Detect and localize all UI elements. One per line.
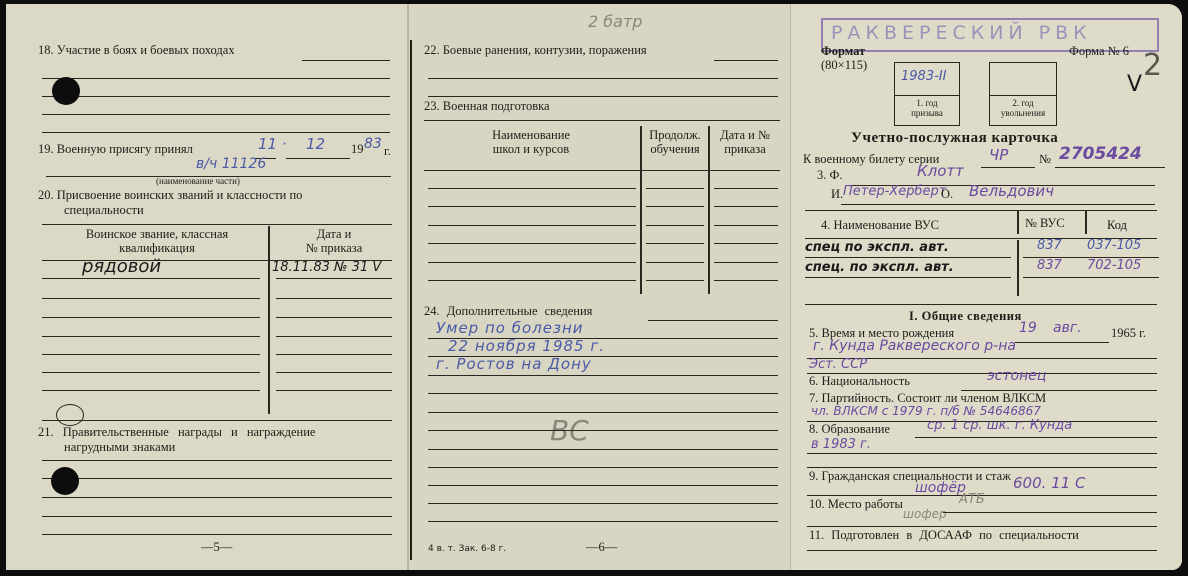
rule	[805, 210, 1157, 211]
vus-number-header: № ВУС	[1025, 216, 1065, 230]
rule	[805, 277, 1011, 278]
rule	[42, 390, 260, 391]
format-size: (80×115)	[821, 58, 867, 72]
rule	[805, 257, 1011, 258]
rule	[428, 96, 778, 97]
rule	[42, 460, 392, 461]
rule	[42, 534, 392, 535]
rule	[714, 60, 778, 61]
rule	[276, 317, 392, 318]
rule	[807, 467, 1157, 468]
oath-year-suffix: 83	[364, 136, 382, 152]
item-20-label-line1: 20. Присвоение воинских званий и классно…	[38, 188, 302, 202]
rule	[714, 188, 778, 189]
birth-day: 19	[1019, 320, 1037, 336]
rule	[714, 262, 778, 263]
rule	[428, 188, 636, 189]
column-divider	[708, 126, 710, 294]
rule	[428, 375, 778, 376]
rule	[646, 206, 704, 207]
rule	[42, 298, 260, 299]
rule	[428, 503, 778, 504]
rule	[807, 526, 1157, 527]
rule	[943, 512, 1157, 513]
item-18-label: 18. Участие в боях и боевых походах	[38, 43, 235, 57]
item-10-label: 10. Место работы	[809, 497, 903, 511]
vus-row-2-number: 837	[1037, 258, 1062, 273]
vus-row-2-name: спец. по экспл. авт.	[805, 260, 954, 275]
section-general-title: I. Общие сведения	[909, 309, 1022, 323]
rule	[981, 167, 1035, 168]
column-divider	[1017, 240, 1019, 296]
vus-code-header: Код	[1107, 218, 1127, 232]
patronymic-label: О.	[941, 187, 953, 201]
discharge-year-box: 2. год увольнения	[989, 62, 1057, 126]
rule	[276, 354, 392, 355]
item-8-label: 8. Образование	[809, 422, 890, 436]
rule	[42, 278, 260, 279]
unit-caption: (наименование части)	[156, 176, 240, 186]
item-21-label-line1: 21. Правительственные награды и награжде…	[38, 425, 315, 439]
rule	[428, 449, 778, 450]
note-line-2: 22 ноября 1985 г.	[448, 337, 605, 355]
vus-row-2-code: 702-105	[1087, 258, 1141, 273]
column-divider	[268, 226, 270, 414]
rule	[428, 412, 778, 413]
komsomol-value: чл. ВЛКСМ с 1979 г. п/б № 54646867	[811, 404, 1041, 418]
rule	[646, 243, 704, 244]
rule	[714, 243, 778, 244]
rule	[286, 158, 350, 159]
rule	[42, 114, 390, 115]
vus-row-1-code: 037-105	[1087, 238, 1141, 253]
rule	[424, 120, 780, 121]
note-line-1: Умер по болезни	[436, 319, 584, 337]
page-5: 18. Участие в боях и боевых походах 19. …	[6, 4, 408, 570]
punch-hole	[52, 77, 80, 105]
pencil-note-battery: 2 батр	[588, 12, 642, 31]
rule	[807, 550, 1157, 551]
vus-name-header: 4. Наименование ВУС	[821, 218, 939, 232]
page-number-5: —5—	[201, 540, 232, 554]
item-20-label-line2: специальности	[64, 203, 144, 217]
civil-experience-value: 600. 11 С	[1013, 474, 1086, 492]
birth-place-line-2: Эст. ССР	[809, 357, 867, 372]
oath-year-unit: г.	[384, 144, 391, 158]
rule	[841, 204, 1155, 205]
format-label: Формат	[821, 44, 865, 58]
rule	[42, 224, 392, 225]
rule	[428, 225, 636, 226]
check-mark-v: V	[1127, 72, 1142, 97]
rank-header: Воинское звание, классная квалификация	[42, 227, 272, 256]
rule	[42, 317, 260, 318]
rule	[428, 467, 778, 468]
rule	[42, 516, 392, 517]
order-header: Дата и № приказа	[710, 128, 780, 157]
rule	[276, 298, 392, 299]
rule	[646, 225, 704, 226]
rule	[646, 280, 704, 281]
item-9-label: 9. Гражданская специальности и стаж	[809, 469, 1011, 483]
rule	[805, 304, 1157, 305]
rule	[915, 437, 1157, 438]
rule	[1055, 167, 1165, 168]
rule	[424, 170, 780, 171]
rule	[1015, 342, 1109, 343]
ticket-no-label: №	[1039, 152, 1051, 166]
page-border-left	[410, 40, 412, 560]
conscription-year-box: 1983-II 1. год призыва	[894, 62, 960, 126]
rule	[42, 132, 390, 133]
rule	[648, 320, 778, 321]
page-6: 2 батр 22. Боевые ранения, контузии, пор…	[408, 4, 791, 570]
ticket-series: ЧР	[989, 146, 1008, 164]
rule	[646, 262, 704, 263]
oath-month: 12	[306, 135, 325, 153]
vus-row-1-number: 837	[1037, 238, 1062, 253]
duration-header: Продолж. обучения	[641, 128, 709, 157]
record-card-front: РАКВЕРЕСКИЙ РВК Формат (80×115) Форма № …	[791, 4, 1182, 570]
conscription-year-caption: 1. год призыва	[895, 98, 959, 119]
column-divider	[640, 126, 642, 294]
rule	[714, 225, 778, 226]
rule	[276, 278, 392, 279]
print-info: 4 в. т. Зак. 6-8 г.	[428, 544, 506, 554]
rule	[807, 453, 1157, 454]
military-record-card: 18. Участие в боях и боевых походах 19. …	[6, 4, 1182, 570]
rule	[1023, 277, 1159, 278]
rule	[276, 336, 392, 337]
item-11-label: 11. Подготовлен в ДОСААФ по специальност…	[809, 528, 1079, 542]
rule	[990, 95, 1056, 96]
rule	[428, 243, 636, 244]
vus-row-1-name: спец по экспл. авт.	[805, 240, 949, 255]
faint-punch-hole	[56, 404, 84, 426]
workplace-value: АТБ	[959, 492, 985, 507]
rule	[276, 390, 392, 391]
rule	[428, 262, 636, 263]
item-19-label: 19. Военную присягу принял	[38, 142, 193, 156]
rule	[428, 280, 636, 281]
conscription-year-value: 1983-II	[901, 69, 946, 84]
rule	[42, 420, 392, 421]
rule	[42, 478, 392, 479]
fold-line	[407, 4, 409, 570]
rule	[895, 95, 959, 96]
birth-month: авг.	[1053, 320, 1082, 336]
oath-day: 11 ·	[258, 135, 287, 153]
punch-hole	[51, 467, 79, 495]
rule	[42, 497, 392, 498]
rank-order-value: 18.11.83 № 31 V	[272, 260, 381, 275]
rule	[428, 393, 778, 394]
item-23-label: 23. Военная подготовка	[424, 99, 550, 113]
birth-place-line-1: г. Кунда Раквереского р-на	[813, 338, 1016, 354]
education-value-line-2: в 1983 г.	[811, 437, 871, 452]
rule	[428, 485, 778, 486]
note-line-3: г. Ростов на Дону	[436, 355, 592, 373]
column-divider	[1085, 210, 1087, 234]
rule	[428, 430, 778, 431]
rule	[42, 78, 390, 79]
education-value-line-1: ср. 1 ср. шк. г. Кунда	[927, 418, 1072, 433]
name-label: И.	[831, 187, 843, 201]
pencil-number-2: 2	[1143, 48, 1162, 83]
item-21-label-line2: нагрудными знаками	[64, 440, 175, 454]
item-6-label: 6. Национальность	[809, 374, 910, 388]
oath-unit-value: в/ч 11126	[196, 156, 266, 172]
page-number-6: —6—	[586, 540, 617, 554]
birth-year: 1965 г.	[1111, 326, 1146, 340]
schools-header: Наименование школ и курсов	[424, 128, 638, 157]
oath-year-prefix: 19	[351, 142, 364, 156]
rule	[714, 280, 778, 281]
item-22-label: 22. Боевые ранения, контузии, поражения	[424, 43, 647, 57]
name-value: Петер-Херберт	[843, 184, 946, 199]
surname-value: Клотт	[917, 162, 964, 180]
discharge-year-caption: 2. год увольнения	[990, 98, 1056, 119]
surname-label: 3. Ф.	[817, 168, 843, 182]
rule	[276, 372, 392, 373]
form-number: Форма № 6	[1069, 44, 1129, 58]
rule	[646, 188, 704, 189]
rule	[42, 96, 390, 97]
rule	[42, 336, 260, 337]
rule	[714, 206, 778, 207]
rank-value: рядовой	[82, 256, 161, 277]
ticket-number: 2705424	[1059, 144, 1142, 164]
card-title: Учетно-послужная карточка	[851, 130, 1058, 147]
rule	[428, 521, 778, 522]
column-divider	[1017, 210, 1019, 234]
patronymic-value: Вельдович	[969, 182, 1054, 200]
order-header: Дата и № приказа	[276, 227, 392, 256]
nationality-value: эстонец	[987, 368, 1046, 384]
item-24-label: 24. Дополнительные сведения	[424, 304, 592, 318]
workplace-value-line-2: шофер	[903, 507, 947, 521]
rule	[302, 60, 390, 61]
rule	[42, 372, 260, 373]
rule	[428, 78, 778, 79]
rule	[42, 354, 260, 355]
rule	[428, 206, 636, 207]
